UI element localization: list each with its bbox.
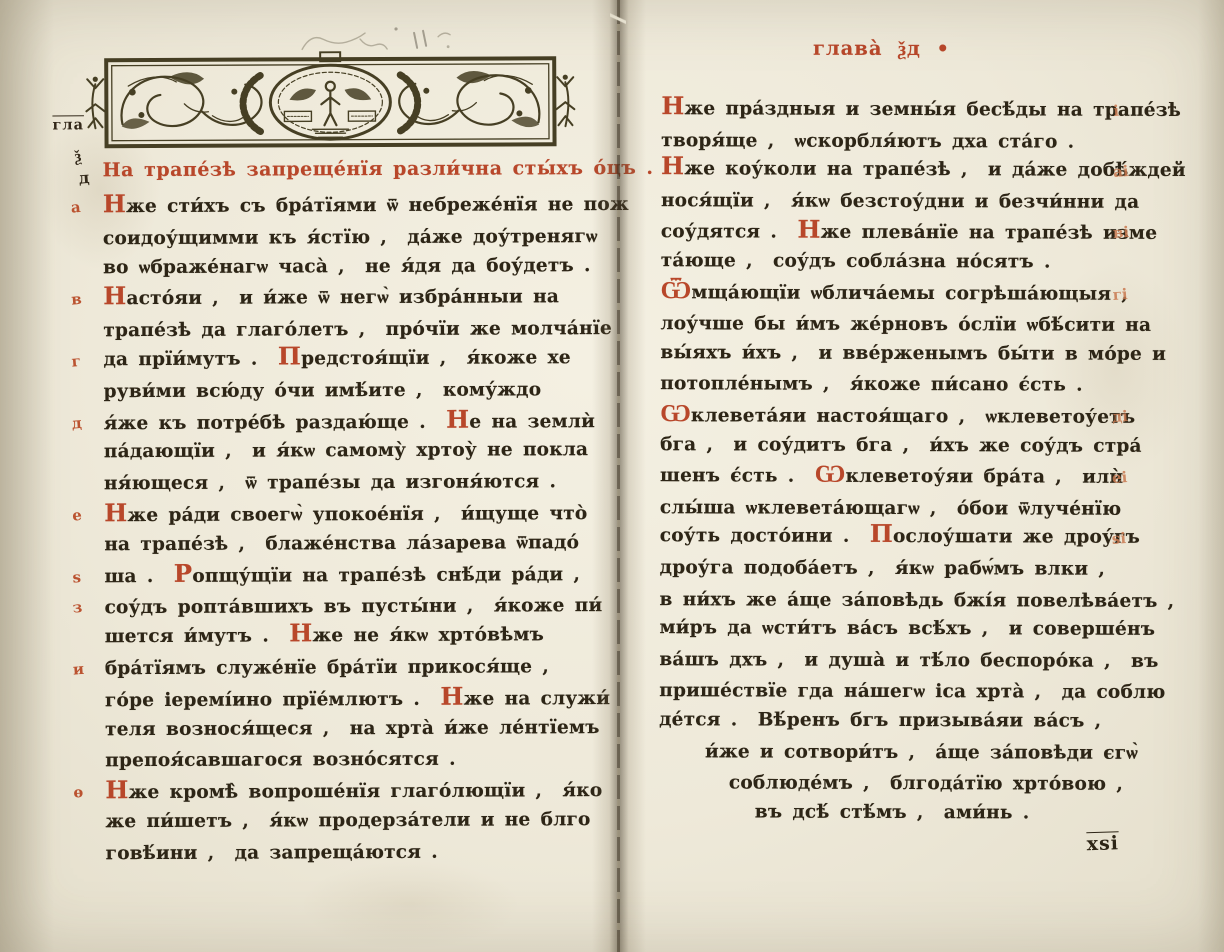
text-run: го́ре іеремі́ино прїе́млютъ . [105,689,440,711]
text-line: потопле́нымъ , я́коже пи́сано є́сть . [660,372,1083,403]
text-run: шется и́мутъ . [105,626,290,648]
text-line: Нже пра́здныя и земны́я бесѣ́ды на трапе… [661,96,1181,128]
rubric-initial: Н [446,404,469,433]
margin-paragraph-number: а [70,196,107,217]
text-line: соу́дъ ропта́вшихъ въ пусты́ни , я́коже … [105,593,603,625]
rubric-initial: Н [289,618,312,647]
text-line: Насто́яи , и и́же ѿ негѡ̀ избра́нныи на [103,285,559,317]
text-run: во ѡбраже́нагѡ часа̀ , не я́дя да боу́де… [103,255,591,278]
rubric-initial: Ѡ [815,459,846,488]
rubric-initial: Н [103,189,126,218]
text-run: творя́ще , ѡскорбля́ютъ дха ста́го . [661,130,1074,152]
text-run: в ни́хъ же а́ще за́повѣдь бжі́я повелѣва… [660,589,1175,612]
text-line: Нже ра́ди своегѡ̀ упокое́нїя , и́щуще чт… [104,501,587,533]
paper-stain [40,110,160,270]
text-run: же на служи́ [464,688,611,710]
rubric-initial: Н [797,215,820,244]
text-line: руви́ми всю́ду о́чи имѣ́ите , кому́ждо [104,377,542,409]
text-line: в ни́хъ же а́ще за́повѣдь бжі́я повелѣва… [660,587,1175,619]
text-run: соу́дятся . [661,222,798,243]
text-line: и́же и сотвори́тъ , а́ще за́повѣди єгѡ̀ [705,739,1138,771]
text-line: я́же къ потре́бѣ раздаю́ще . Не на землѝ [104,409,595,441]
text-run: соидоу́щимми къ я́стїю , да́же доу́треня… [103,226,598,249]
woodcut-headpiece [84,50,576,154]
text-run: слы́ша ѡклевета́ющагѡ , о́бои ѿлуче́нїю [660,497,1122,520]
text-run: ня́ющеся , ѿ трапе́зы да изгоня́ются . [104,471,556,494]
text-line: Нже коу́коли на трапе́зѣ , и да́же добѣ́… [661,156,1186,188]
text-run: ми́ръ да ѡсти́тъ ва́съ всѣ́хъ , и соверш… [659,617,1155,640]
margin-paragraph-number: и [72,658,109,679]
text-line: трапе́зѣ да глаго́летъ , про́чїи же молч… [103,316,612,348]
text-run: же кромѣ̀ вопроше́нїя глаго́лющїи , я́ко [129,780,603,803]
rubric-initial: Н [440,681,463,710]
margin-paragraph-number: ѕі [1111,528,1148,548]
book-gutter [592,0,646,952]
margin-paragraph-number: в [71,288,108,309]
margin-paragraph-number: гі [1112,283,1149,303]
text-run: ша . [104,566,173,587]
text-run: мща́ющїи ѡблича́емы согрѣша́ющыя , [691,282,1128,305]
text-run: же коу́коли на трапе́зѣ , и да́же добѣ́ж… [684,158,1186,181]
text-run: ослоу́шати же дроу́гъ [893,526,1140,548]
text-line: дроу́га подоба́етъ , я́кѡ рабѡ́мъ влки , [660,555,1105,587]
text-run: клеветоу́яи бра́та , илѝ [845,466,1123,488]
book-spread-scan: гла ѯ д [0,0,1224,952]
text-run: редстоя́щїи , я́коже хе [301,347,571,369]
text-run: опщу́щїи на трапе́зѣ снѣ́ди ра́ди , [192,564,580,587]
text-line: та́юще , соу́дъ собла́зна но́сятъ . [661,248,1051,279]
text-run: па́дающїи , и я́кѡ самому̀ хртоу̀ не пок… [104,439,588,462]
text-line: шенъ є́сть . Ѡклеветоу́яи бра́та , илѝ [660,463,1123,495]
text-line: па́дающїи , и я́кѡ самому̀ хртоу̀ не пок… [104,437,588,469]
handwriting-smudge [296,19,466,64]
text-run: руви́ми всю́ду о́чи имѣ́ите , кому́ждо [104,379,542,402]
page-edge-shadow-right [1198,0,1224,952]
text-line: бга , и соу́дитъ бга , и́хъ же соу́дъ ст… [660,432,1142,464]
margin-paragraph-number: з [72,596,109,617]
text-run: же пи́шетъ , я́кѡ продерза́тели и не блг… [105,809,590,832]
text-line: вы́яхъ и́хъ , и вве́рженымъ бы́ти в мо́р… [660,340,1166,372]
text-run: да прїи́мутъ . [103,348,277,370]
text-run: бра́тїямъ служе́нїе бра́тїи прикося́ще , [105,656,549,679]
rubric-initial: Н [661,91,684,120]
text-run: асто́яи , и и́же ѿ негѡ̀ избра́нныи на [126,287,559,310]
text-run: соу́дъ ропта́вшихъ въ пусты́ни , я́коже … [105,595,603,618]
text-run: въ дсѣ́ стѣ́мъ , ами́нь . [755,801,1030,823]
text-line: соу́дятся . Нже плева́нїе на трапе́зѣ из… [661,220,1157,252]
text-line: Нже сти́хъ съ бра́тїями ѿ небреже́нїя не… [103,192,629,224]
text-run: та́юще , соу́дъ собла́зна но́сятъ . [661,250,1051,272]
text-line: ва́шъ дхъ , и душа̀ и тѣ́ло беспоро́ка ,… [659,647,1158,679]
text-line: ми́ръ да ѡсти́тъ ва́съ всѣ́хъ , и соверш… [659,615,1155,647]
margin-chapter-number-bottom: д [78,168,90,188]
text-line: Нже кромѣ̀ вопроше́нїя глаго́лющїи , я́к… [105,778,602,810]
text-run: де́тся . Вѣ́ренъ бгъ призыва́яи ва́съ , [659,709,1101,732]
margin-paragraph-number: ѕ [72,566,109,587]
text-line: препоя́савшагося возно́сятся . [105,747,456,779]
text-line: творя́ще , ѡскорбля́ютъ дха ста́го . [661,128,1074,159]
rubric-initial: Ѿ [661,275,692,304]
margin-paragraph-number: г [71,350,108,371]
text-run: же не я́кѡ хрто́вѣмъ [312,624,544,646]
rubric-initial: Ѡ [660,398,691,427]
text-run: теля вознося́щеся , на хрта̀ и́же ле́нтї… [105,717,600,740]
text-line: соблюде́мъ , блгода́тїю хрто́вою , [729,771,1123,802]
text-line: нося́щїи , я́кѡ безстоу́дни и безчи́нни … [661,188,1139,220]
text-line: въ дсѣ́ стѣ́мъ , ами́нь . [755,799,1030,830]
text-line: на трапе́зѣ , блаже́нства ла́зарева ѿпад… [104,530,579,562]
text-line: лоу́чше бы и́мъ же́рновъ о́слїи ѡбѣ́сити… [660,311,1151,343]
rubric-initial: Н [661,151,684,180]
margin-paragraph-number: аі [1113,161,1150,181]
text-run: бга , и соу́дитъ бга , и́хъ же соу́дъ ст… [660,434,1142,457]
text-run: же ра́ди своегѡ̀ упокое́нїя , и́щуще что… [127,503,587,526]
text-run: потопле́нымъ , я́коже пи́сано є́сть . [660,374,1083,396]
text-line: ня́ющеся , ѿ трапе́зы да изгоня́ются . [104,469,556,501]
text-run: же сти́хъ съ бра́тїями ѿ небреже́нїя не … [126,194,629,217]
text-line: де́тся . Вѣ́ренъ бгъ призыва́яи ва́съ , [659,707,1101,739]
text-run: говѣ́ини , да запреща́ются . [106,842,438,864]
text-run: и́же и сотвори́тъ , а́ще за́повѣди єгѡ̀ [705,741,1138,764]
margin-paragraph-number: ві [1112,222,1149,242]
text-line: соидоу́щимми къ я́стїю , да́же доу́треня… [103,224,598,256]
text-run: клевета́яи настоя́щаго , ѡклеветоу́етъ [691,405,1135,428]
text-line: прише́ствїе гда на́шегѡ іса хрта̀ , да с… [659,679,1165,711]
margin-paragraph-number: ѳ [73,781,110,802]
text-line: Ѿмща́ющїи ѡблича́емы согрѣша́ющыя , [661,280,1129,312]
text-run: я́же къ потре́бѣ раздаю́ще . [104,411,446,433]
text-run: же плева́нїе на трапе́зѣ изме [821,222,1158,244]
rubric-initial: Н [104,498,127,527]
rubric-initial: П [870,519,893,548]
margin-paragraph-number: д [71,412,108,433]
text-line: слы́ша ѡклевета́ющагѡ , о́бои ѿлуче́нїю [660,495,1122,527]
rubric-initial: Р [174,558,193,587]
margin-chapter-number-top: ѯ [73,146,82,167]
text-run: ва́шъ дхъ , и душа̀ и тѣ́ло беспоро́ка ,… [659,649,1158,672]
text-line: говѣ́ини , да запреща́ются . [106,840,438,871]
text-run: вы́яхъ и́хъ , и вве́рженымъ бы́ти в мо́р… [660,342,1166,365]
rubric-initial: Н [103,282,126,311]
text-run: е на землѝ [469,411,595,433]
text-run: препоя́савшагося возно́сятся . [105,749,456,772]
text-run: дроу́га подоба́етъ , я́кѡ рабѡ́мъ влки , [660,557,1105,580]
running-title: гла [52,116,84,133]
text-run: трапе́зѣ да глаго́летъ , про́чїи же молч… [103,318,612,341]
text-run: прише́ствїе гда на́шегѡ іса хрта̀ , да с… [659,681,1165,704]
text-line: шется и́мутъ . Нже не я́кѡ хрто́вѣмъ [105,622,545,654]
text-run: шенъ є́сть . [660,465,815,487]
folio-signature: хѕі [1086,832,1119,855]
margin-paragraph-number: еі [1111,467,1148,487]
text-run: на трапе́зѣ , блаже́нства ла́зарева ѿпад… [104,532,579,555]
rubric-initial: Н [105,775,128,804]
text-line: соу́ть досто́ини . Послоу́шати же дроу́г… [660,524,1140,556]
paper-stain [300,860,520,950]
text-run: нося́щїи , я́кѡ безстоу́дни и безчи́нни … [661,190,1139,213]
paper-stain [1040,260,1190,480]
margin-paragraph-number: і [1113,100,1150,120]
text-run: лоу́чше бы и́мъ же́рновъ о́слїи ѡбѣ́сити… [660,313,1151,336]
margin-paragraph-number: ді [1112,406,1149,426]
text-line: теля вознося́щеся , на хрта̀ и́же ле́нтї… [105,715,600,747]
text-line: Ѡклевета́яи настоя́щаго , ѡклеветоу́етъ [660,403,1135,435]
text-line: да прїи́мутъ . Предстоя́щїи , я́коже хе [103,345,570,377]
text-line: го́ре іеремі́ино прїе́млютъ . Нже на слу… [105,686,610,718]
text-run: соблюде́мъ , блгода́тїю хрто́вою , [729,773,1123,795]
margin-paragraph-number: е [72,504,109,525]
chapter-title: На трапе́зѣ запреще́нїя разли́чна сты́хъ… [103,157,579,181]
text-line: бра́тїямъ служе́нїе бра́тїи прикося́ще , [105,654,549,686]
text-line: ша . Ропщу́щїи на трапе́зѣ снѣ́ди ра́ди … [104,562,580,594]
text-run: соу́ть досто́ини . [660,526,870,548]
text-line: же пи́шетъ , я́кѡ продерза́тели и не блг… [105,807,590,839]
page-edge-shadow-left [0,0,54,952]
text-run: же пра́здныя и земны́я бесѣ́ды на трапе́… [685,98,1182,121]
rubric-initial: П [278,341,301,370]
running-chapter-header: глава̀ ѯд • [661,36,1101,62]
text-line: во ѡбраже́нагѡ часа̀ , не я́дя да боу́де… [103,253,591,285]
